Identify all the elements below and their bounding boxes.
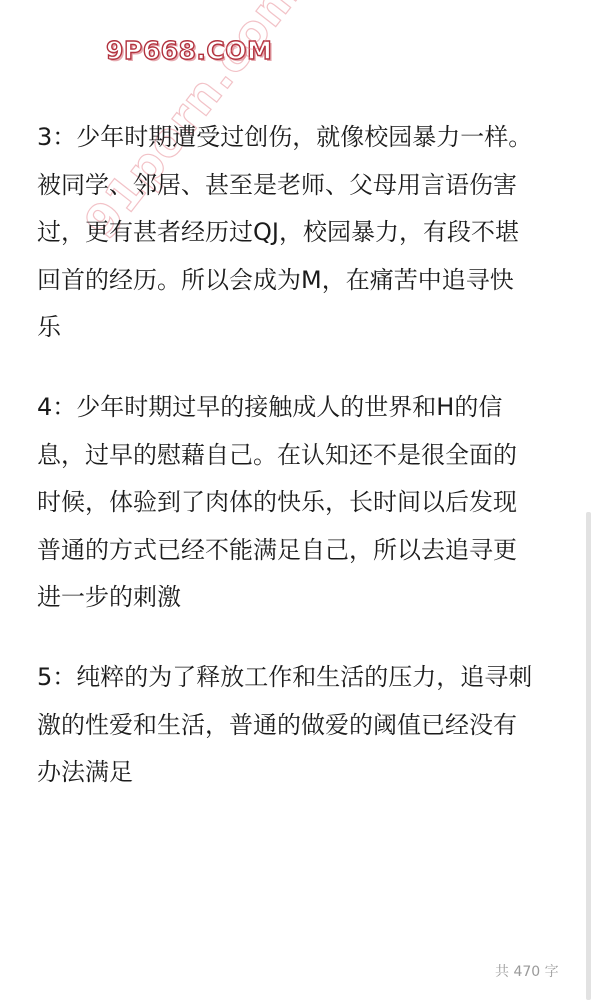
paragraph-line: 办法满足 [37,749,582,797]
site-logo: 9P668.COM [106,36,272,65]
paragraph-line: 乐 [37,304,582,352]
paragraph-5: 5：纯粹的为了释放工作和生活的压力，追寻刺 激的性爱和生活，普通的做爱的阈值已经… [37,654,582,797]
paragraph-line: 5：纯粹的为了释放工作和生活的压力，追寻刺 [37,654,582,702]
vertical-scrollbar[interactable] [586,512,591,1000]
paragraph-line: 息，过早的慰藉自己。在认知还不是很全面的 [37,432,582,480]
paragraph-line: 激的性爱和生活，普通的做爱的阈值已经没有 [37,702,582,750]
paragraph-line: 时候，体验到了肉体的快乐，长时间以后发现 [37,479,582,527]
paragraph-line: 3：少年时期遭受过创伤，就像校园暴力一样。 [37,114,582,162]
paragraph-3: 3：少年时期遭受过创伤，就像校园暴力一样。 被同学、邻居、甚至是老师、父母用言语… [37,114,582,352]
paragraph-line: 进一步的刺激 [37,574,582,622]
paragraph-line: 回首的经历。所以会成为M，在痛苦中追寻快 [37,257,582,305]
paragraph-line: 普通的方式已经不能满足自己，所以去追寻更 [37,527,582,575]
article-body: 3：少年时期遭受过创伤，就像校园暴力一样。 被同学、邻居、甚至是老师、父母用言语… [37,114,582,829]
word-count-label: 共 470 字 [495,961,559,981]
paragraph-line: 过，更有甚者经历过QJ，校园暴力，有段不堪 [37,209,582,257]
paragraph-4: 4：少年时期过早的接触成人的世界和H的信 息，过早的慰藉自己。在认知还不是很全面… [37,384,582,622]
paragraph-line: 4：少年时期过早的接触成人的世界和H的信 [37,384,582,432]
paragraph-line: 被同学、邻居、甚至是老师、父母用言语伤害 [37,162,582,210]
